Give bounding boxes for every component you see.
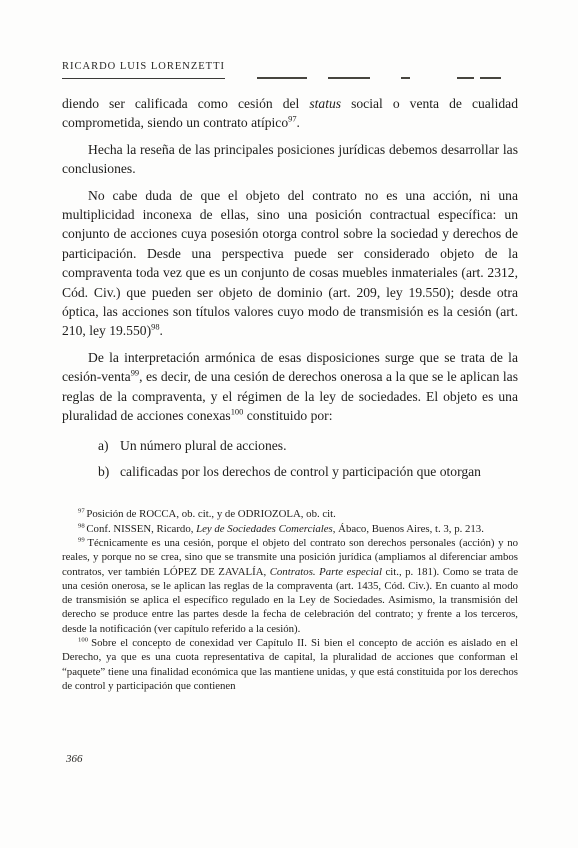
text-segment: .	[297, 115, 300, 130]
list-item: a)Un número plural de acciones.	[98, 436, 518, 455]
text-segment: .	[160, 323, 163, 338]
header-rule-segment	[328, 77, 370, 79]
footnote-reference: 98	[151, 322, 159, 332]
header-rule-segment	[257, 77, 307, 79]
footnote: 99 Técnicamente es una cesión, porque el…	[62, 536, 518, 636]
text-segment: , Ábaco, Buenos Aires, t. 3, p. 213.	[333, 523, 484, 535]
footnote: 97 Posición de ROCCA, ob. cit., y de ODR…	[62, 507, 518, 521]
text-segment: Posición de ROCCA, ob. cit., y de ODRIOZ…	[86, 508, 336, 520]
header-rule-segment	[401, 77, 410, 79]
footnote-number: 99	[78, 536, 87, 543]
paragraph: De la interpretación armónica de esas di…	[62, 348, 518, 426]
list-text: Un número plural de acciones.	[120, 436, 518, 455]
text-segment: Contratos. Parte especial	[270, 566, 382, 578]
paragraph: No cabe duda de que el objeto del contra…	[62, 186, 518, 341]
text-segment: diendo ser calificada como cesión del	[62, 96, 309, 111]
footnotes: 97 Posición de ROCCA, ob. cit., y de ODR…	[62, 507, 518, 693]
text-segment: Hecha la reseña de las principales posic…	[62, 142, 518, 176]
body-paragraphs: diendo ser calificada como cesión del st…	[62, 94, 518, 426]
text-segment: Conf. NISSEN, Ricardo,	[86, 523, 196, 535]
paragraph: Hecha la reseña de las principales posic…	[62, 140, 518, 179]
page-header: Ricardo Luis Lorenzetti	[62, 56, 518, 86]
list-marker: a)	[98, 436, 120, 455]
list-item: b)calificadas por los derechos de contro…	[98, 462, 518, 481]
footnote-reference: 97	[288, 114, 296, 124]
footnote: 98 Conf. NISSEN, Ricardo, Ley de Socieda…	[62, 522, 518, 536]
text-segment: Ley de Sociedades Comerciales	[196, 523, 333, 535]
book-page: Ricardo Luis Lorenzetti diendo ser calif…	[0, 0, 578, 848]
footnote-reference: 99	[131, 368, 139, 378]
page-number: 366	[66, 753, 83, 765]
text-segment: status	[309, 96, 341, 111]
footnote-number: 100	[78, 636, 91, 643]
header-rule-segment	[457, 77, 474, 79]
list-marker: b)	[98, 462, 120, 481]
footnote: 100 Sobre el concepto de conexidad ver C…	[62, 636, 518, 693]
header-rule-segment	[480, 77, 501, 79]
paragraph: diendo ser calificada como cesión del st…	[62, 94, 518, 133]
running-head-author: Ricardo Luis Lorenzetti	[62, 61, 225, 79]
list-text: calificadas por los derechos de control …	[120, 462, 518, 481]
item-list: a)Un número plural de acciones.b)calific…	[98, 436, 518, 482]
text-segment: Sobre el concepto de conexidad ver Capít…	[62, 637, 518, 692]
text-segment: No cabe duda de que el objeto del contra…	[62, 188, 518, 339]
footnote-reference: 100	[231, 407, 244, 417]
text-segment: constituido por:	[243, 408, 332, 423]
